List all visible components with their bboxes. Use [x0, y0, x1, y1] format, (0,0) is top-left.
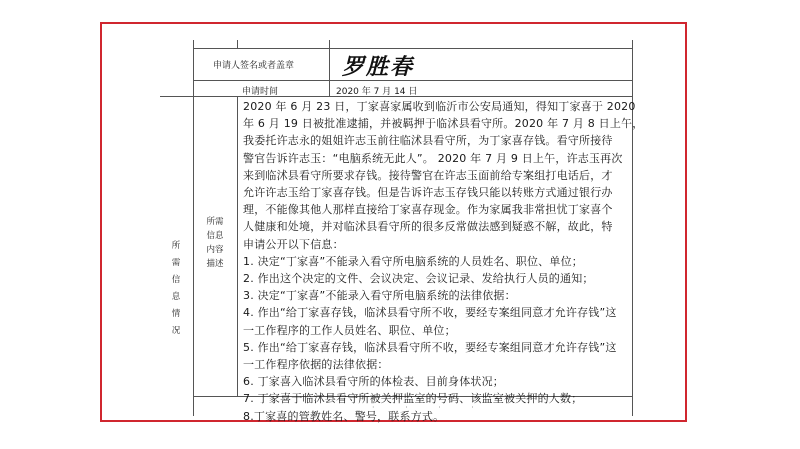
content-line: 申请公开以下信息： [243, 236, 629, 253]
content-line: 允许许志玉给丁家喜存钱。但是告诉许志玉存钱只能以转账方式通过银行办 [243, 184, 629, 201]
signature-label: 申请人签名或者盖章 [213, 58, 294, 71]
subsection-label-line: 描述 [202, 257, 228, 271]
signature-handwritten: 罗胜春 [342, 50, 414, 81]
section-label-char: 所 [170, 238, 182, 255]
request-description: 2020 年 6 月 23 日，丁家喜家属收到临沂市公安局通知，得知丁家喜于 2… [243, 98, 629, 425]
grid-line [237, 40, 238, 48]
content-line: 年 6 月 19 日被批准逮捕，并被羁押于临沭县看守所。2020 年 7 月 8… [243, 115, 629, 132]
list-item: 3. 决定“丁家喜”不能录入看守所电脑系统的法律依据： [243, 287, 629, 304]
section-label-char: 情 [170, 306, 182, 323]
content-line: 理，不能像其他人那样直接给丁家喜存现金。作为家属我非常担忧丁家喜个 [243, 201, 629, 218]
section-label-char: 息 [170, 289, 182, 306]
grid-line [632, 40, 633, 416]
subsection-label: 所需 信息 内容 描述 [202, 215, 228, 271]
content-line: 警官告诉许志玉：“电脑系统无此人”。 2020 年 7 月 9 日上午，许志玉再… [243, 150, 629, 167]
list-item: 一工作程序依据的法律依据： [243, 356, 629, 373]
section-label-char: 信 [170, 272, 182, 289]
document-page: 申请人签名或者盖章 罗胜春 申请时间 2020 年 7 月 14 日 所 需 信… [0, 0, 800, 449]
grid-line [329, 40, 330, 96]
section-label-char: 况 [170, 323, 182, 340]
date-value: 2020 年 7 月 14 日 [336, 84, 417, 97]
content-line: 人健康和处境，并对临沭县看守所的很多反常做法感到疑惑不解，故此，特 [243, 218, 629, 235]
subsection-label-line: 信息 [202, 229, 228, 243]
section-label-char: 需 [170, 255, 182, 272]
section-label: 所 需 信 息 情 况 [170, 238, 182, 340]
grid-line [193, 48, 633, 49]
grid-line [237, 96, 238, 396]
date-label: 申请时间 [242, 84, 278, 97]
list-item: 一工作程序的工作人员姓名、职位、单位； [243, 322, 629, 339]
list-item: 2. 作出这个决定的文件、会议决定、会议记录、发给执行人员的通知； [243, 270, 629, 287]
list-item: 6. 丁家喜入临沭县看守所的体检表、目前身体状况； [243, 373, 629, 390]
cutoff-text: · · · · [372, 403, 488, 412]
list-item: 1. 决定“丁家喜”不能录入看守所电脑系统的人员姓名、职位、单位； [243, 253, 629, 270]
grid-line [193, 48, 194, 416]
content-line: 来到临沭县看守所要求存钱。接待警官在许志玉面前给专案组打电话后，才 [243, 167, 629, 184]
content-line: 我委托许志永的姐姐许志玉前往临沭县看守所，为丁家喜存钱。看守所接待 [243, 132, 629, 149]
subsection-label-line: 内容 [202, 243, 228, 257]
content-line: 2020 年 6 月 23 日，丁家喜家属收到临沂市公安局通知，得知丁家喜于 2… [243, 98, 629, 115]
list-item: 4. 作出“给丁家喜存钱，临沭县看守所不收，要经专案组同意才允许存钱”这 [243, 304, 629, 321]
subsection-label-line: 所需 [202, 215, 228, 229]
list-item: 5. 作出“给丁家喜存钱，临沭县看守所不收，要经专案组同意才允许存钱”这 [243, 339, 629, 356]
